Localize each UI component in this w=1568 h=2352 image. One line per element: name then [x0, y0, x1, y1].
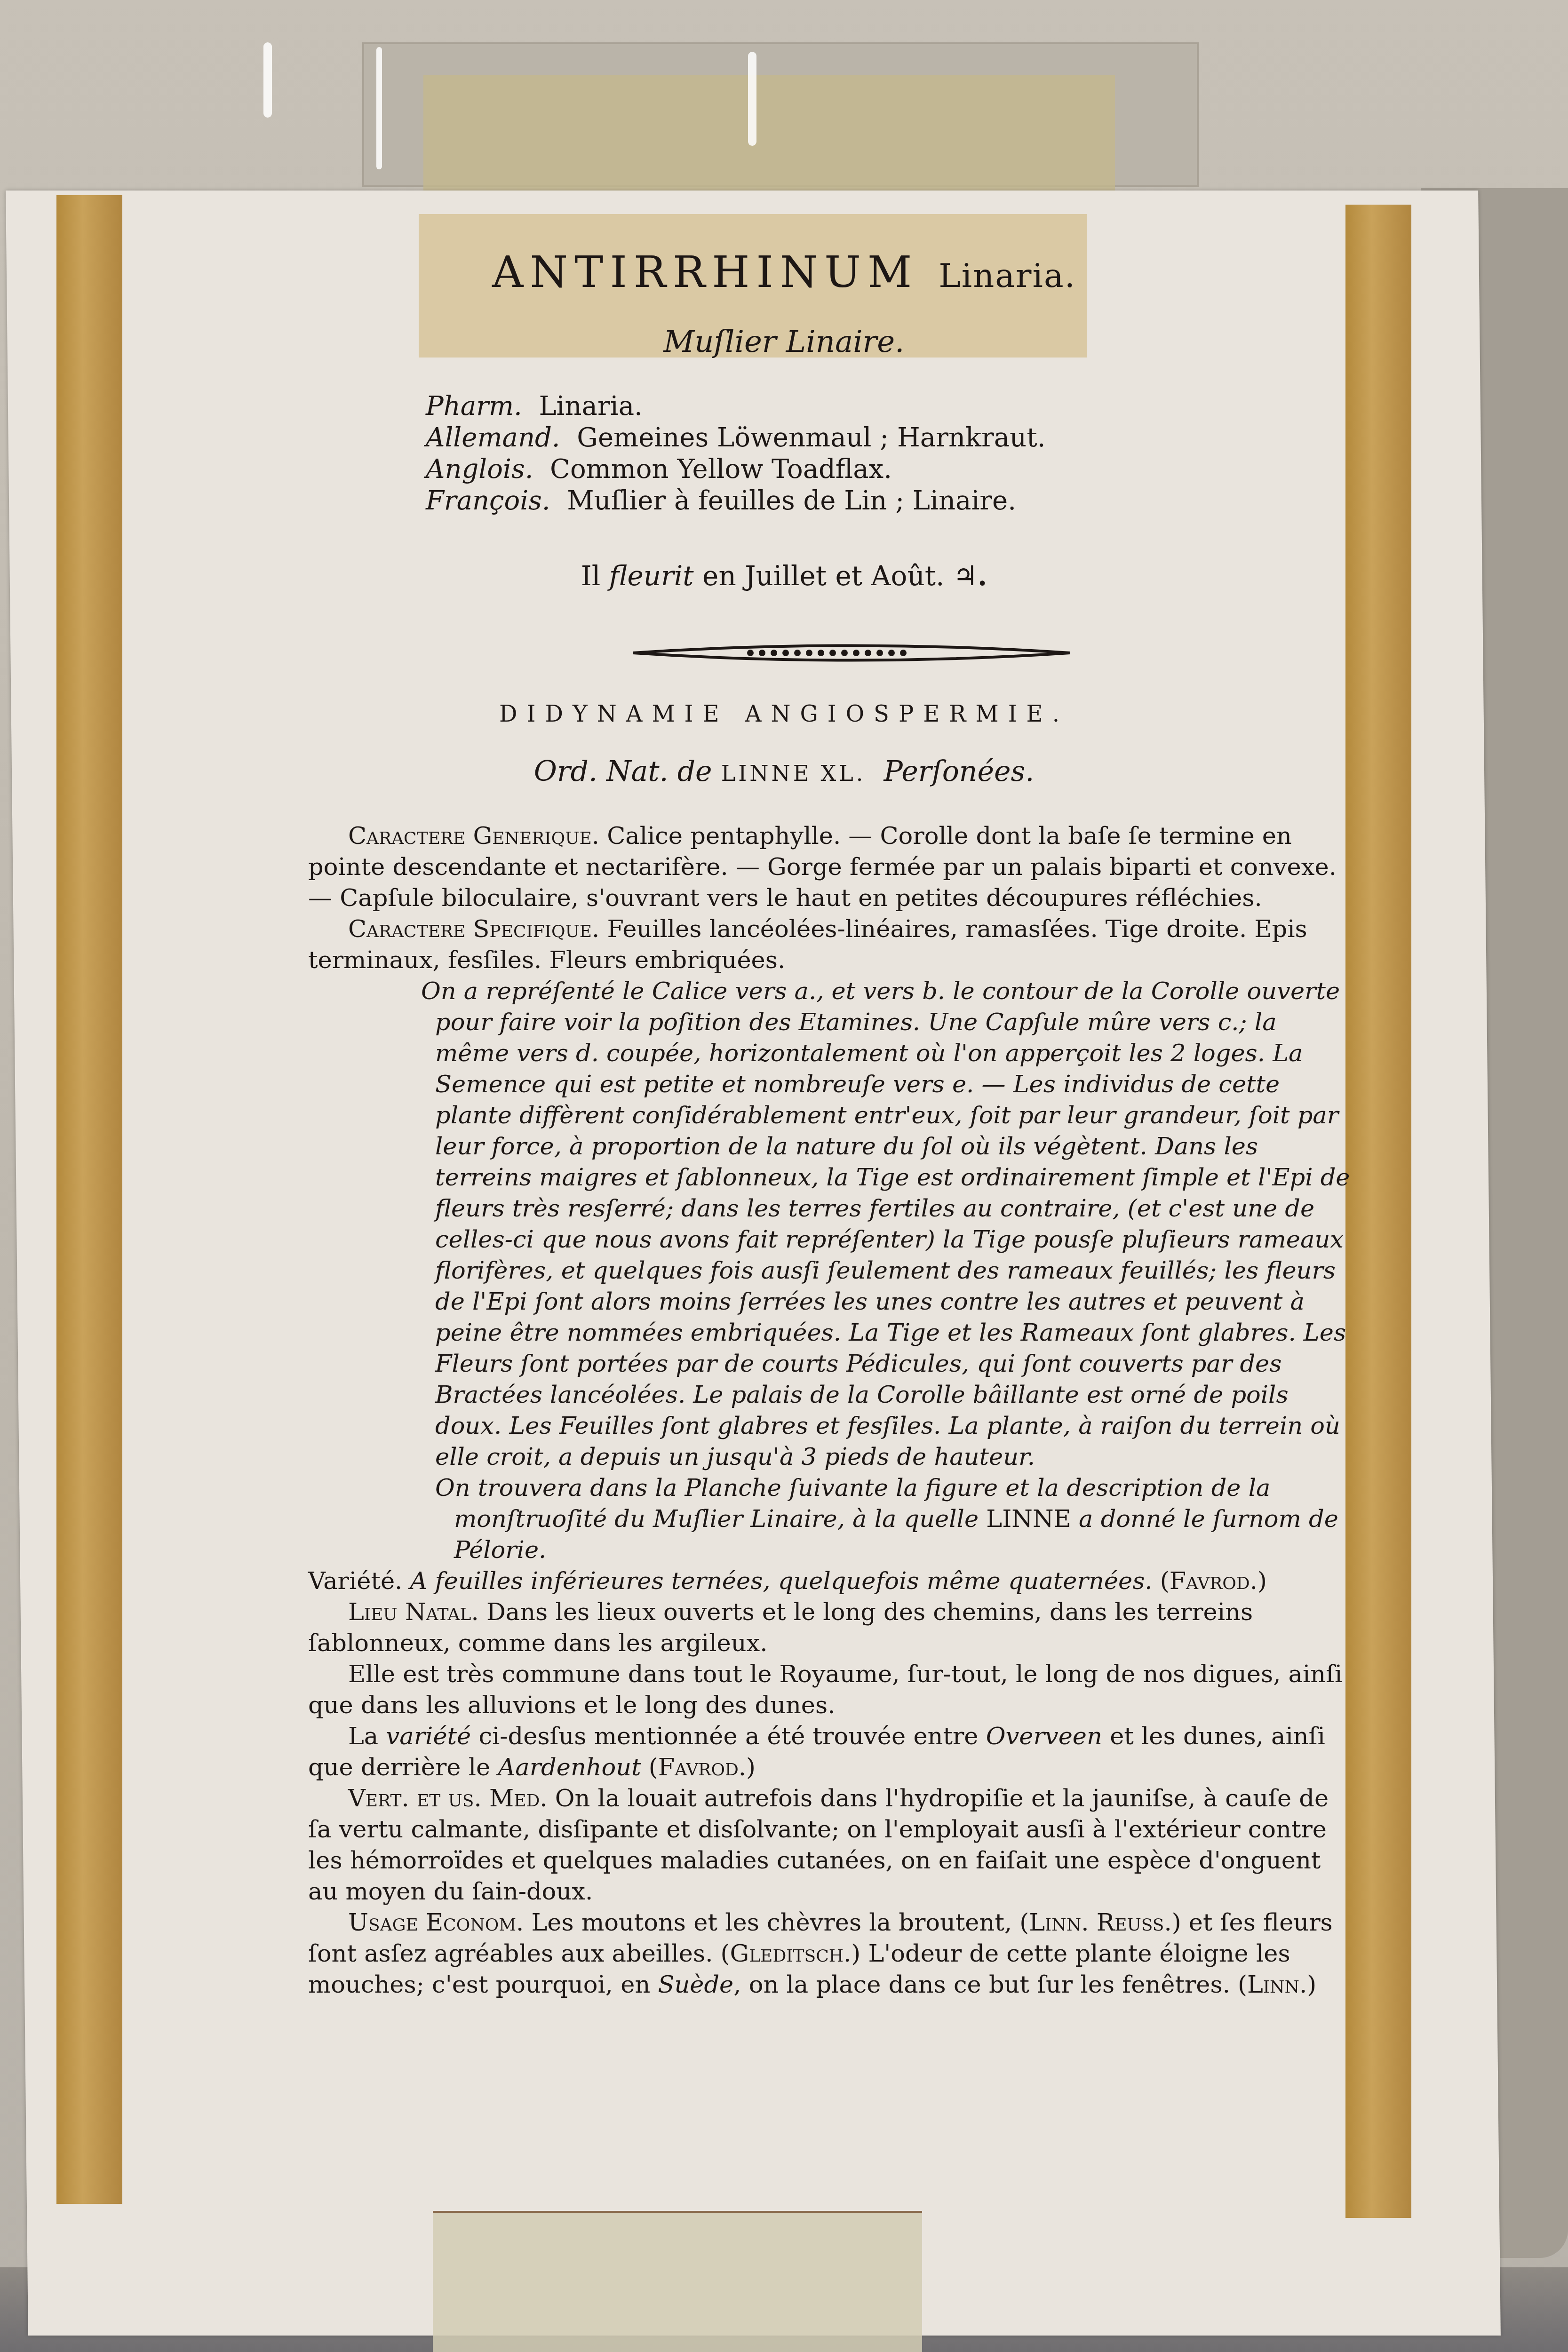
flowering-period: Il fleurit en Juillet et Août. ♃. [0, 560, 1568, 592]
common-name-row: Allemand. Gemeines Löwenmaul ; Harnkraut… [426, 422, 1046, 453]
section-heading: Caractere Generique. [348, 822, 599, 850]
species-name: Linaria. [939, 256, 1076, 295]
language-label: François. [426, 485, 550, 516]
plate-description: On a repréſenté le Calice vers a., et ve… [308, 976, 1353, 1473]
native-habitat-cont: Elle est très commune dans tout le Royau… [308, 1659, 1353, 1721]
ornamental-rule-icon [633, 642, 1070, 664]
section-heading: Vert. et us. Med. [348, 1785, 548, 1812]
citation: (Linn.) [1238, 1971, 1316, 1999]
common-name-value: Common Yellow Toadflax. [550, 454, 892, 485]
note-emphasis: variété [386, 1723, 471, 1750]
section-heading: Variété. [308, 1567, 402, 1595]
flowering-prefix: Il [581, 560, 600, 592]
genus-name: ANTIRRHINUM [492, 247, 918, 297]
note-text: La [348, 1723, 378, 1750]
section-heading: Caractere Specifique. [348, 915, 599, 943]
note-author: LINNE [986, 1505, 1071, 1533]
common-name-row: Anglois. Common Yellow Toadflax. [426, 453, 1046, 485]
section-text: , on la place dans ce but ſur les fenêtr… [733, 1971, 1230, 1999]
citation: (Linn. Reuss.) [1019, 1909, 1181, 1937]
perennial-symbol-icon: ♃. [953, 560, 987, 592]
common-name-row: François. Muſlier à feuilles de Lin ; Li… [426, 485, 1046, 516]
description-body: Caractere Generique. Calice pentaphylle.… [308, 821, 1353, 2001]
section-text: A feuilles inférieures ternées, quelquef… [410, 1567, 1153, 1595]
order-family: Perſonées. [884, 755, 1035, 788]
flowering-verb: fleurit [609, 560, 694, 592]
note-text: ci-desſus mentionnée a été trouvée entre [479, 1723, 979, 1750]
monstrosity-note: On trouvera dans la Planche ſuivante la … [308, 1473, 1353, 1566]
page-text: ANTIRRHINUM Linaria. Muſlier Linaire. Ph… [0, 0, 1568, 2352]
variety-location: La variété ci-desſus mentionnée a été tr… [308, 1721, 1353, 1783]
section-text: Les moutons et les chèvres la broutent, [531, 1909, 1012, 1937]
french-name: Muſlier Linaire. [0, 325, 1568, 359]
medicinal-use: Vert. et us. Med. On la louait autrefois… [308, 1783, 1353, 1907]
place-name: Overveen [986, 1723, 1102, 1750]
common-names-list: Pharm. Linaria. Allemand. Gemeines Löwen… [426, 390, 1046, 516]
section-heading: Lieu Natal. [348, 1598, 479, 1626]
species-title: ANTIRRHINUM Linaria. [0, 247, 1568, 297]
language-label: Anglois. [426, 454, 533, 485]
order-prefix: Ord. Nat. de [534, 755, 712, 788]
common-name-row: Pharm. Linaria. [426, 390, 1046, 422]
common-name-value: Muſlier à feuilles de Lin ; Linaire. [567, 485, 1016, 516]
citation: (Gleditsch.) [721, 1940, 861, 1968]
language-label: Allemand. [426, 422, 560, 453]
common-name-value: Gemeines Löwenmaul ; Harnkraut. [577, 422, 1045, 453]
place-name: Aardenhout [498, 1754, 641, 1781]
language-label: Pharm. [426, 391, 522, 421]
order-author: LINNE [721, 761, 812, 786]
native-habitat: Lieu Natal. Dans les lieux ouverts et le… [308, 1597, 1353, 1659]
common-name-value: Linaria. [539, 391, 642, 421]
citation: (Favrod.) [649, 1754, 756, 1781]
natural-order: Ord. Nat. de LINNE XL. Perſonées. [0, 755, 1568, 788]
economic-use: Usage Econom. Les moutons et les chèvres… [308, 1907, 1353, 2001]
specific-character: Caractere Specifique. Feuilles lancéolée… [308, 914, 1353, 976]
section-heading: Usage Econom. [348, 1909, 524, 1937]
flowering-text: en Juillet et Août. [702, 560, 944, 592]
citation: (Favrod.) [1160, 1567, 1267, 1595]
order-number: XL. [821, 761, 866, 786]
generic-character: Caractere Generique. Calice pentaphylle.… [308, 821, 1353, 914]
linnaean-class: DIDYNAMIE ANGIOSPERMIE. [0, 701, 1568, 727]
variety: Variété. A feuilles inférieures ternées,… [308, 1566, 1353, 1597]
place-name: Suède [658, 1971, 733, 1999]
